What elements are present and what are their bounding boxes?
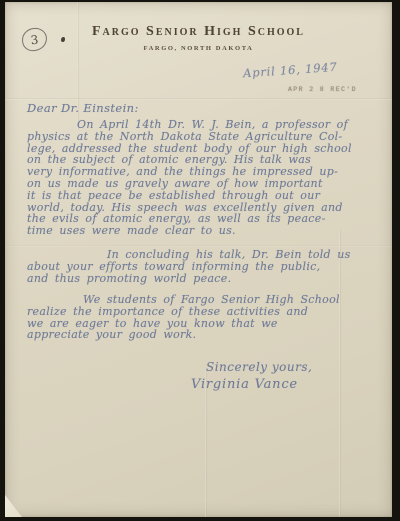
letter-line: about your efforts toward informing the … [27, 261, 381, 273]
crease-line [205, 370, 207, 517]
closing: Sincerely yours, [206, 360, 312, 374]
crease-line [5, 245, 392, 247]
salutation: Dear Dr. Einstein: [27, 101, 139, 115]
crease-line [5, 98, 392, 100]
date-line: April 16, 1947 [243, 60, 338, 81]
folded-corner [5, 495, 22, 517]
letter-line: on us made us gravely aware of how impor… [27, 178, 381, 190]
letter-line: time uses were made clear to us. [27, 225, 381, 237]
letter-line: appreciate your good work. [27, 329, 381, 341]
letter-line: realize the importance of these activiti… [27, 306, 381, 318]
letter-line: physics at the North Dakota State Agricu… [27, 131, 381, 143]
signature: Virginia Vance [191, 377, 298, 392]
letter-line: and thus promoting world peace. [27, 273, 381, 285]
body-paragraph-2: In concluding his talk, Dr. Bein told us… [27, 249, 381, 284]
letterhead-location: FARGO, NORTH DAKOTA [5, 45, 392, 52]
scanned-letter-background: 3 Fargo Senior High School FARGO, NORTH … [0, 0, 400, 521]
body-paragraph-3: We students of Fargo Senior High Schoolr… [27, 294, 381, 341]
letterhead-school-name: Fargo Senior High School [5, 24, 392, 40]
body-paragraph-1: On April 14th Dr. W. J. Bein, a professo… [27, 119, 381, 237]
received-stamp: APR 2 8 REC'D [288, 86, 357, 93]
letter-line: it is that peace be established through … [27, 190, 381, 202]
letter-paper: 3 Fargo Senior High School FARGO, NORTH … [5, 2, 392, 517]
